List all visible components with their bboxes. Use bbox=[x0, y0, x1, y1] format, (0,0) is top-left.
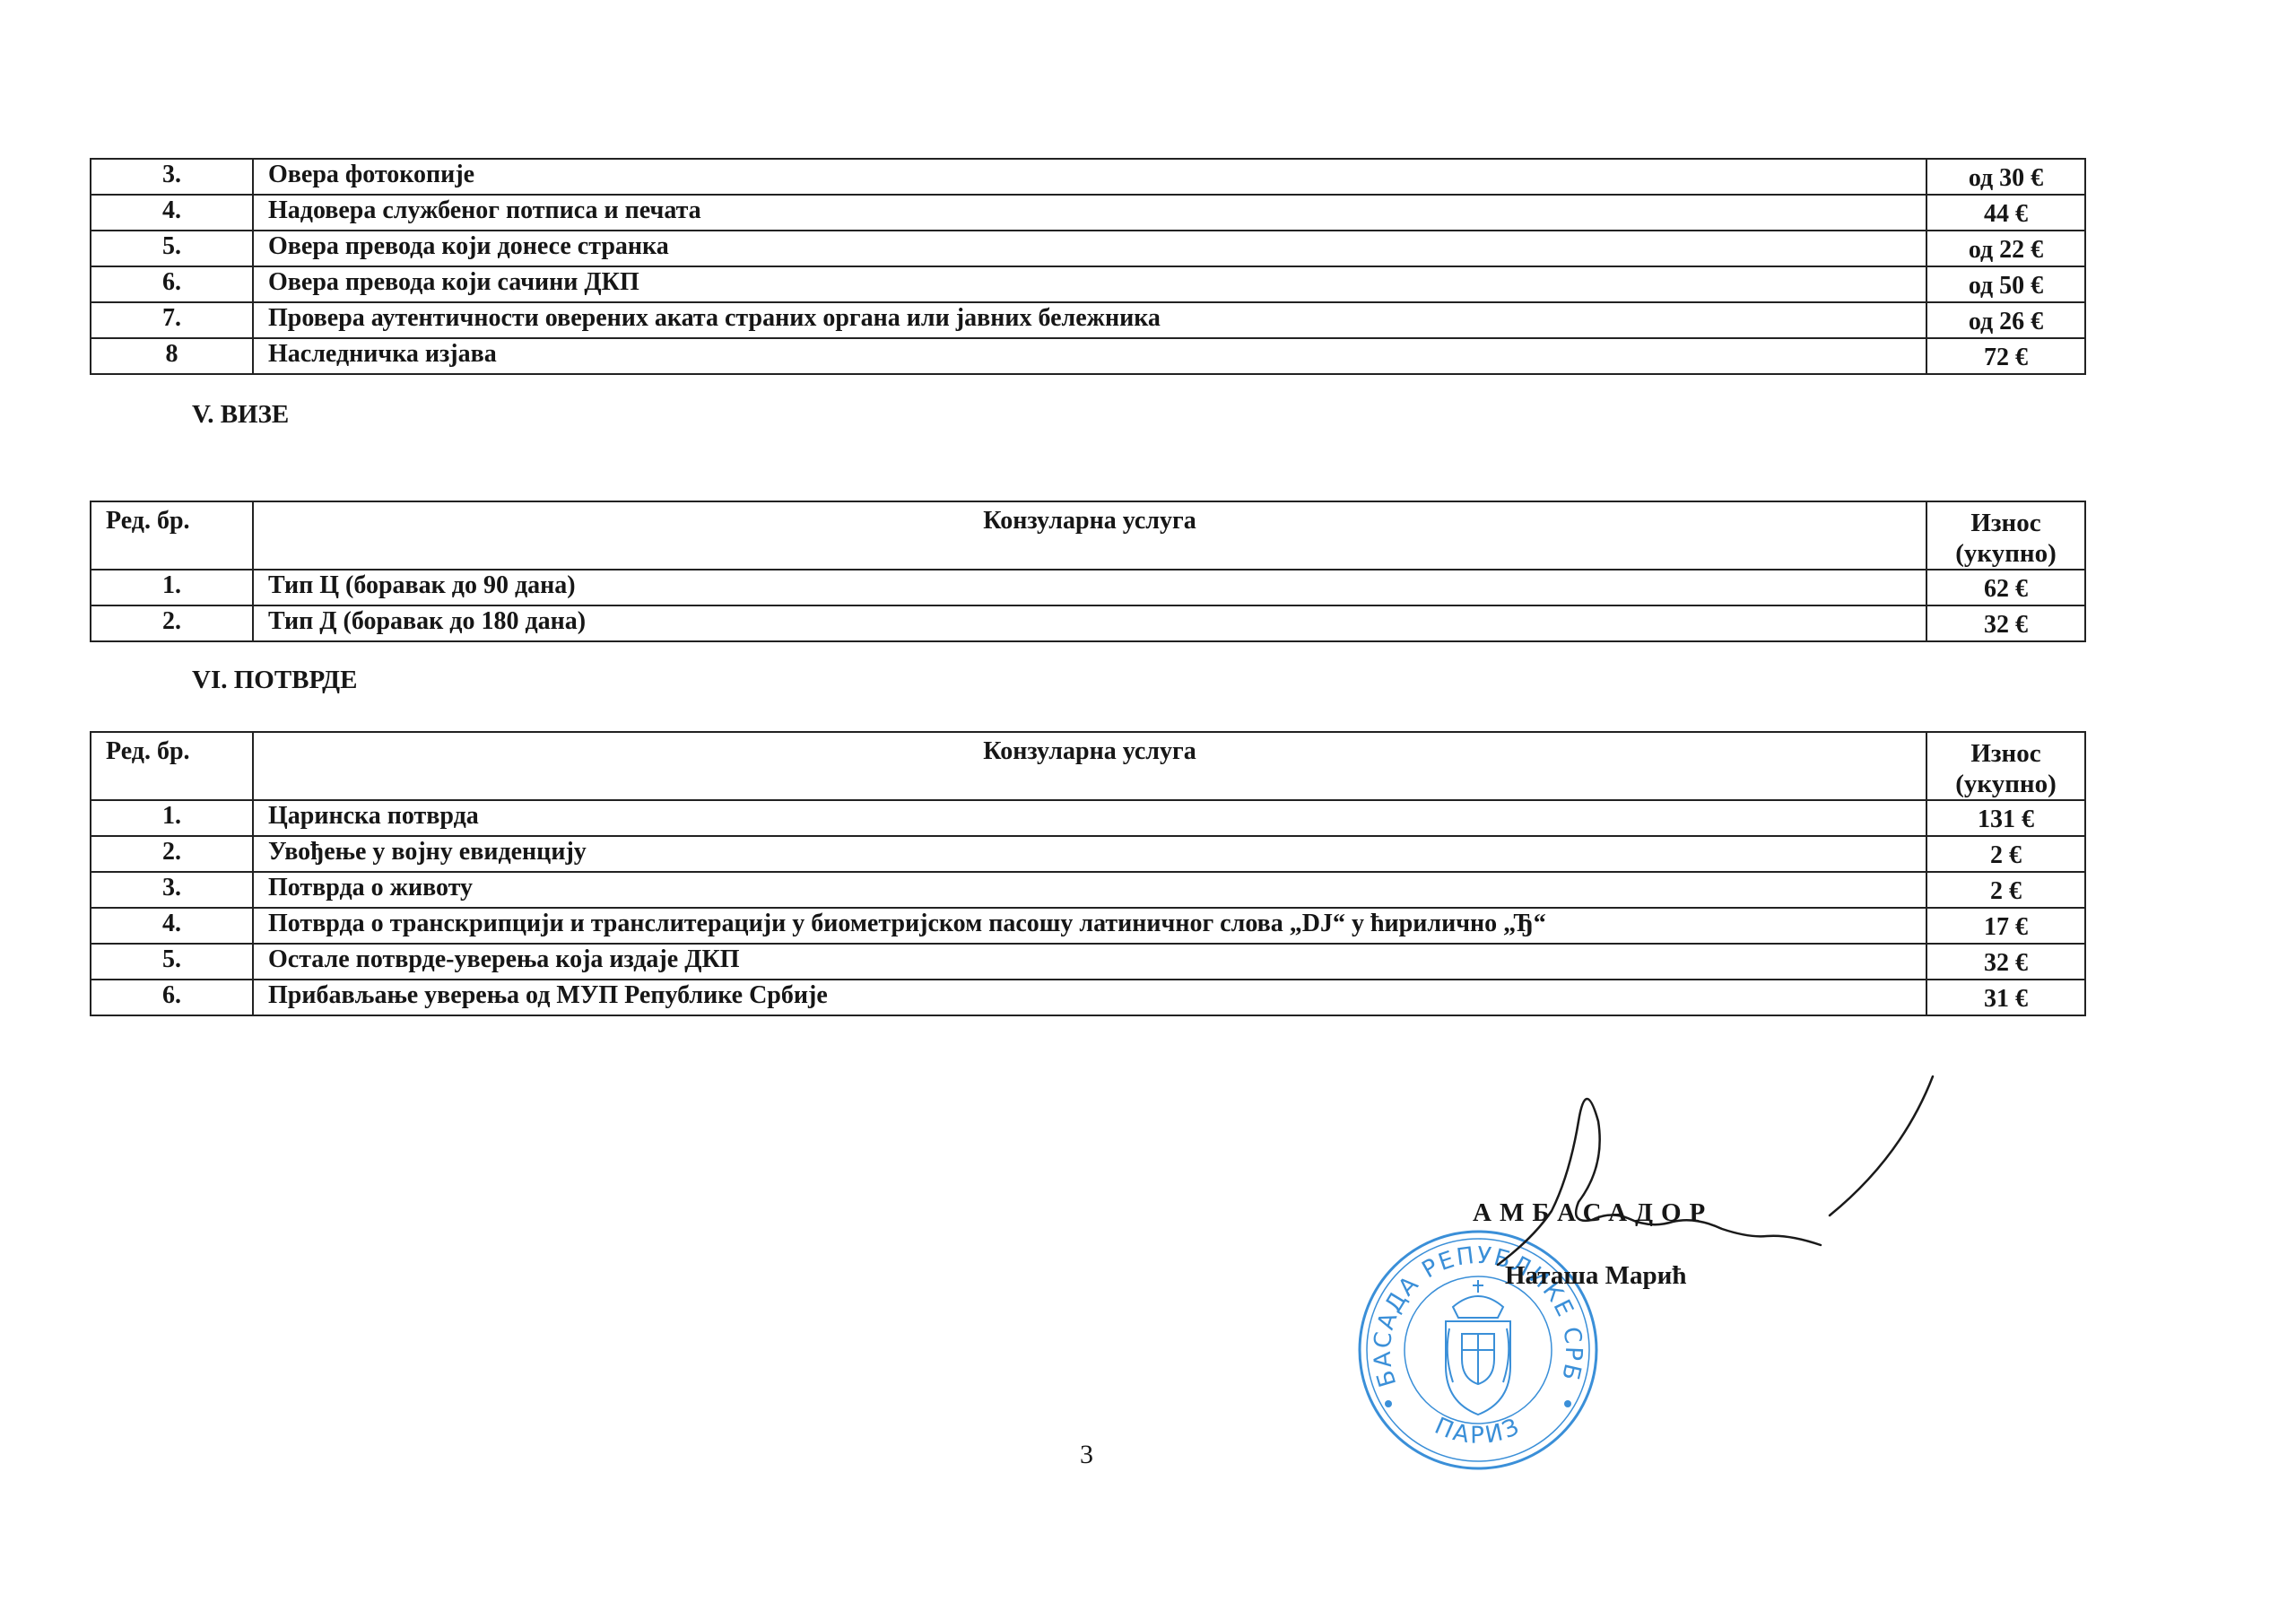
table-row: 4. Надовера службеног потписа и печата 4… bbox=[91, 195, 2085, 231]
row-number: 3. bbox=[91, 159, 253, 195]
service-amount: 31 € bbox=[1926, 980, 2085, 1015]
header-amount-line1: Износ bbox=[1942, 508, 2070, 538]
header-number: Ред. бр. bbox=[91, 501, 253, 570]
table-row: 2. Тип Д (боравак до 180 дана) 32 € bbox=[91, 605, 2085, 641]
table-row: 6. Прибављање уверења од МУП Републике С… bbox=[91, 980, 2085, 1015]
row-number: 2. bbox=[91, 836, 253, 872]
table-row: 8 Наследничка изјава 72 € bbox=[91, 338, 2085, 374]
service-amount: 62 € bbox=[1926, 570, 2085, 605]
header-amount: Износ (укупно) bbox=[1926, 732, 2085, 800]
service-amount: од 50 € bbox=[1926, 266, 2085, 302]
row-number: 2. bbox=[91, 605, 253, 641]
signatory-title: АМБАСАДОР bbox=[1473, 1198, 1713, 1228]
row-number: 6. bbox=[91, 266, 253, 302]
table-header-row: Ред. бр. Конзуларна услуга Износ (укупно… bbox=[91, 732, 2085, 800]
page-number: 3 bbox=[1080, 1440, 1093, 1470]
coat-of-arms-icon bbox=[1446, 1280, 1510, 1415]
row-number: 5. bbox=[91, 231, 253, 266]
service-amount: од 26 € bbox=[1926, 302, 2085, 338]
service-name: Потврда о транскрипцији и транслитерациј… bbox=[253, 908, 1926, 944]
table-row: 4. Потврда о транскрипцији и транслитера… bbox=[91, 908, 2085, 944]
row-number: 1. bbox=[91, 800, 253, 836]
service-amount: 44 € bbox=[1926, 195, 2085, 231]
stamp-text-bottom: ПАРИЗ bbox=[1431, 1413, 1526, 1450]
service-amount: 72 € bbox=[1926, 338, 2085, 374]
signatory-name: Наташа Марић bbox=[1505, 1261, 1686, 1291]
row-number: 4. bbox=[91, 908, 253, 944]
handwritten-signature-icon bbox=[1435, 1058, 1955, 1292]
service-name: Наследничка изјава bbox=[253, 338, 1926, 374]
table-row: 5. Остале потврде-уверења која издаје ДК… bbox=[91, 944, 2085, 980]
service-amount: 32 € bbox=[1926, 605, 2085, 641]
service-name: Царинска потврда bbox=[253, 800, 1926, 836]
table-row: 7. Провера аутентичности оверених аката … bbox=[91, 302, 2085, 338]
service-amount: 32 € bbox=[1926, 944, 2085, 980]
header-amount-line1: Износ bbox=[1942, 738, 2070, 769]
header-number: Ред. бр. bbox=[91, 732, 253, 800]
service-name: Потврда о животу bbox=[253, 872, 1926, 908]
table-row: 6. Овера превода који сачини ДКП од 50 € bbox=[91, 266, 2085, 302]
service-amount: 17 € bbox=[1926, 908, 2085, 944]
section-title-visas: V. ВИЗЕ bbox=[192, 400, 289, 430]
table-row: 2. Увођење у војну евиденцију 2 € bbox=[91, 836, 2085, 872]
row-number: 6. bbox=[91, 980, 253, 1015]
header-service: Конзуларна услуга bbox=[253, 501, 1926, 570]
service-amount: од 22 € bbox=[1926, 231, 2085, 266]
service-name: Овера фотокопије bbox=[253, 159, 1926, 195]
table-header-row: Ред. бр. Конзуларна услуга Износ (укупно… bbox=[91, 501, 2085, 570]
service-name: Тип Ц (боравак до 90 дана) bbox=[253, 570, 1926, 605]
row-number: 1. bbox=[91, 570, 253, 605]
service-amount: 2 € bbox=[1926, 836, 2085, 872]
row-number: 4. bbox=[91, 195, 253, 231]
row-number: 8 bbox=[91, 338, 253, 374]
service-amount: 2 € bbox=[1926, 872, 2085, 908]
notarization-fees-table: 3. Овера фотокопије од 30 € 4. Надовера … bbox=[90, 158, 2086, 375]
service-amount: од 30 € bbox=[1926, 159, 2085, 195]
table-row: 1. Тип Ц (боравак до 90 дана) 62 € bbox=[91, 570, 2085, 605]
service-name: Овера превода који донесе странка bbox=[253, 231, 1926, 266]
svg-text:ПАРИЗ: ПАРИЗ bbox=[1431, 1413, 1526, 1450]
table-row: 3. Овера фотокопије од 30 € bbox=[91, 159, 2085, 195]
service-name: Овера превода који сачини ДКП bbox=[253, 266, 1926, 302]
row-number: 7. bbox=[91, 302, 253, 338]
table-row: 1. Царинска потврда 131 € bbox=[91, 800, 2085, 836]
service-amount: 131 € bbox=[1926, 800, 2085, 836]
service-name: Провера аутентичности оверених аката стр… bbox=[253, 302, 1926, 338]
row-number: 3. bbox=[91, 872, 253, 908]
table-row: 3. Потврда о животу 2 € bbox=[91, 872, 2085, 908]
service-name: Прибављање уверења од МУП Републике Срби… bbox=[253, 980, 1926, 1015]
service-name: Остале потврде-уверења која издаје ДКП bbox=[253, 944, 1926, 980]
table-row: 5. Овера превода који донесе странка од … bbox=[91, 231, 2085, 266]
header-amount-line2: (укупно) bbox=[1942, 769, 2070, 799]
visa-fees-table: Ред. бр. Конзуларна услуга Износ (укупно… bbox=[90, 501, 2086, 642]
header-service: Конзуларна услуга bbox=[253, 732, 1926, 800]
row-number: 5. bbox=[91, 944, 253, 980]
header-amount-line2: (укупно) bbox=[1942, 538, 2070, 569]
service-name: Увођење у војну евиденцију bbox=[253, 836, 1926, 872]
service-name: Тип Д (боравак до 180 дана) bbox=[253, 605, 1926, 641]
header-amount: Износ (укупно) bbox=[1926, 501, 2085, 570]
section-title-certificates: VI. ПОТВРДЕ bbox=[192, 666, 357, 695]
certificate-fees-table: Ред. бр. Конзуларна услуга Износ (укупно… bbox=[90, 731, 2086, 1016]
service-name: Надовера службеног потписа и печата bbox=[253, 195, 1926, 231]
